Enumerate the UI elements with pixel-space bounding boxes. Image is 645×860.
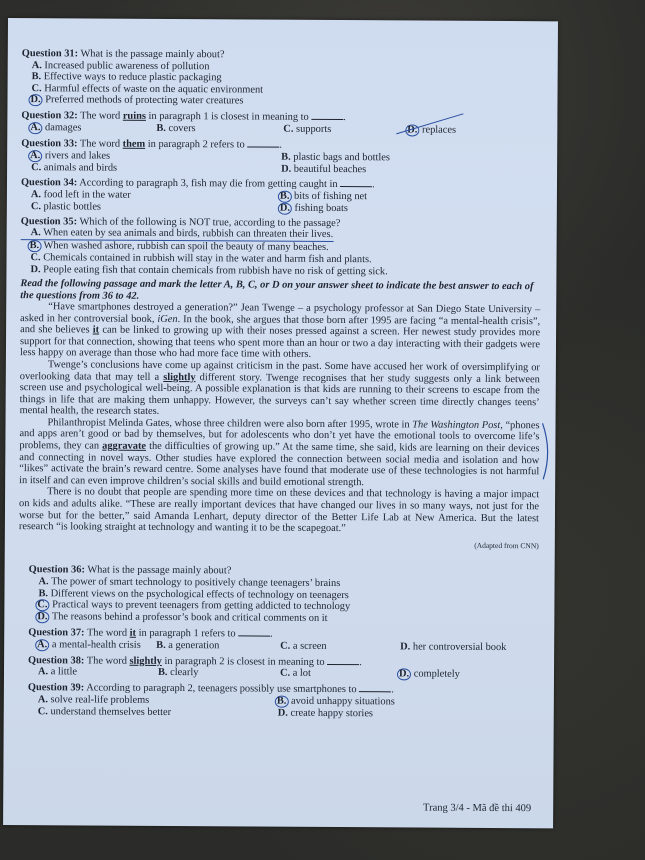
keyword: ruins [123,111,146,122]
option-a[interactable]: A. a little [38,667,158,680]
option-b[interactable]: B. avoid unhappy situations [278,696,395,709]
passage-source: (Adapted from CNN) [19,537,539,552]
keyword: slightly [163,371,195,382]
answer-blank [327,656,359,665]
keyword: slightly [129,656,161,667]
pen-circle-mark: D. [28,95,42,107]
page-footer: Trang 3/4 - Mã đề thi 409 [423,803,531,815]
exam-paper: Question 31: What is the passage mainly … [3,18,558,828]
question-37: Question 37: The word it in paragraph 1 … [18,626,538,654]
option-c[interactable]: C. supports [283,124,408,137]
pen-circle-mark: A. [28,122,42,134]
pen-circle-mark: B. [275,696,289,708]
answer-blank [238,628,270,637]
keyword: them [123,139,146,150]
pen-circle-mark: C. [35,599,49,611]
question-35: Question 35: Which of the following is N… [20,216,540,279]
question-text: What is the passage mainly about? [80,48,224,60]
answer-blank [340,178,372,187]
question-32: Question 32: The word ruins in paragraph… [21,109,541,137]
option-c[interactable]: C. a lot [280,668,400,681]
exam-content: Question 31: What is the passage mainly … [18,48,542,724]
reading-instruction: Read the following passage and mark the … [20,278,540,304]
option-d[interactable]: D. completely [400,669,460,681]
option-c[interactable]: C. plastic bottles [31,201,281,215]
option-c[interactable]: C. animals and birds [31,162,281,175]
passage-paragraph-3: Philanthropist Melinda Gates, whose thre… [19,417,539,490]
keyword: aggravate [102,441,146,452]
pen-circle-mark: B. [278,190,292,202]
pen-circle-mark: A. [35,639,49,651]
option-b[interactable]: B. covers [156,123,283,136]
option-d[interactable]: D. Preferred methods of protecting water… [21,94,541,109]
pen-circle-mark: D. [35,611,49,623]
option-b[interactable]: B. clearly [158,667,280,680]
option-a[interactable]: A. damages [31,122,156,135]
pen-circle-mark: D. [278,202,292,214]
option-d[interactable]: D. create happy stories [278,708,373,720]
option-b[interactable]: B. bits of fishing net [281,190,367,203]
answer-blank [247,138,279,147]
pen-circle-mark: A. [28,150,42,162]
question-number: Question 31: [22,48,78,59]
option-c[interactable]: C. understand themselves better [38,706,278,719]
question-31: Question 31: What is the passage mainly … [21,48,541,110]
option-d[interactable]: D. People eating fish that contain chemi… [20,264,540,279]
pen-circle-mark: B. [28,240,42,252]
passage-paragraph-4: There is no doubt that people are spendi… [19,487,539,537]
option-d[interactable]: D. The reasons behind a professor’s book… [28,611,538,626]
passage-paragraph-1: “Have smartphones destroyed a generation… [20,301,540,362]
passage-paragraph-2: Twenge’s conclusions have come up agains… [20,359,540,420]
question-39: Question 39: According to paragraph 2, t… [18,681,538,720]
answer-blank [311,111,343,120]
option-a[interactable]: A. a mental-health crisis [38,639,156,652]
option-b[interactable]: B. plastic bags and bottles [281,151,390,164]
keyword: it [130,628,136,639]
reading-passage: “Have smartphones destroyed a generation… [19,301,541,552]
question-33: Question 33: The word them in paragraph … [21,137,541,176]
option-c[interactable]: C. a screen [280,640,400,653]
option-d[interactable]: D. replaces [408,124,456,136]
option-d[interactable]: D. fishing boats [281,202,348,214]
option-d[interactable]: D. beautiful beaches [281,163,366,175]
pen-margin-bracket [540,421,554,481]
answer-blank [359,684,391,693]
question-38: Question 38: The word slightly in paragr… [18,654,538,682]
option-b[interactable]: B. a generation [156,640,280,653]
pen-circle-mark: D. [397,669,411,681]
option-d[interactable]: D. her controversial book [400,641,506,654]
question-34: Question 34: According to paragraph 3, f… [21,176,541,216]
question-36: Question 36: What is the passage mainly … [18,564,538,626]
